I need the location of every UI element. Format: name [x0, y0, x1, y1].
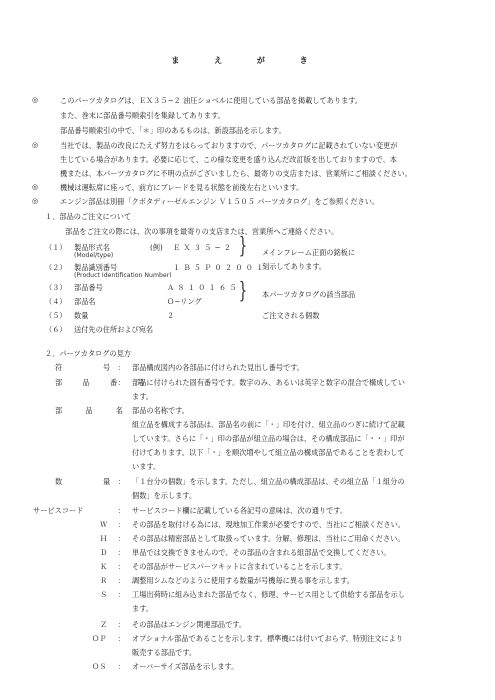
double-circle-bullet-icon: ◎: [32, 142, 38, 149]
colon: ：: [118, 591, 125, 598]
section-intro: 部品をご注文の際には、次の事項を最寄りの支店または、営業所へご連絡ください。: [65, 228, 338, 235]
service-code: Ｄ: [100, 549, 107, 556]
service-code: ＯＰ: [92, 635, 106, 642]
colon: ：: [118, 635, 125, 642]
colon: ：: [118, 407, 125, 414]
example-label: (例): [150, 244, 163, 251]
item-sublabel: (Model/type): [74, 253, 113, 259]
item-label: 製品形式名: [74, 244, 110, 251]
intro-line: 部品番号順索引の中で、「＊」印のあるものは、新設部品を示します。: [60, 127, 286, 134]
note-line: 刻示してあります。: [262, 263, 326, 270]
item-label: 送付先の住所および宛名: [74, 326, 153, 333]
item-number: （５）: [45, 312, 67, 319]
colon: ：: [118, 507, 125, 514]
item-value: １Ｂ５Ｐ０２００１: [173, 264, 267, 271]
service-code: ＯＳ: [92, 663, 106, 670]
intro-line: 機械は運転席に座って、前方にブレードを見る状態を前後左右といいます。: [60, 184, 303, 191]
entry-text: 部品に付けられた固有番号です。数字のみ、あるいは英字と数字の混合で構成してい: [132, 379, 405, 386]
item-number: （２）: [45, 264, 67, 271]
colon: ：: [118, 563, 125, 570]
service-code-text: 単品では交換できませんので、その部品の含まれる組部品で交換してください。: [132, 549, 391, 556]
item-label: 製品識別番号: [74, 264, 117, 271]
colon: ：: [118, 478, 125, 485]
entry-text: ます。: [132, 393, 153, 400]
service-code: Ｒ: [100, 577, 107, 584]
item-value: ２: [167, 312, 174, 319]
intro-line: また、巻末に部品番号順索引を集録してあります。: [60, 112, 225, 119]
item-number: （６）: [45, 326, 67, 333]
entry-text: しています。さらに「・」印の部品が組立品の場合は、その構成部品に「・・」印が: [132, 435, 405, 442]
service-code-text: ます。: [132, 605, 153, 612]
section-heading: １．部品のご注文について: [45, 213, 131, 220]
service-code-text: 調整用シムなどのように使用する数量が号機毎に異る事を示します。: [132, 577, 354, 584]
item-label: 数量: [74, 312, 88, 319]
item-value: Ｏ−リング: [167, 298, 202, 305]
double-circle-bullet-icon: ◎: [32, 97, 38, 104]
entry-text: 付けてあります。以下「・」を順次増やして組立品の構成部品であることを表わして: [132, 449, 405, 456]
entry-text: 「１台分の個数」を示します。ただし、組立品の構成部品は、その組立品「１組分の: [132, 478, 405, 485]
entry-text: 部品の名称です。: [132, 407, 189, 414]
item-value: Ａ８１０１６５: [167, 284, 240, 291]
service-code-text: 販売する部品です。: [132, 649, 196, 656]
service-code-text: その部品を取付ける為には、現地加工作業が必要ですので、当社にご相談ください。: [132, 521, 405, 528]
item-sublabel: (Product Identification Number): [74, 273, 172, 279]
item-label: 部品番号: [74, 284, 103, 291]
service-code: Ｚ: [100, 621, 107, 628]
intro-line: 当社では、製品の改良にたえず努力をはらっておりますので、パーツカタログに記載され…: [60, 142, 397, 149]
brace-icon: }: [239, 281, 247, 303]
service-code-text: その部品がサービスパーツキットに含まれていることを示します。: [132, 563, 347, 570]
entry-text: 部品構成図内の各部品に付けられた見出し番号です。: [132, 364, 304, 371]
colon: ：: [118, 521, 125, 528]
item-label: 部品名: [74, 298, 96, 305]
item-value: ＥＸ３５−２: [173, 244, 234, 251]
service-code-text: 工場出荷時に組み込まれた部品でなく、修理、サービス用として供給する部品を示し: [132, 591, 405, 598]
colon: ：: [118, 663, 125, 670]
entry-label: サービスコード: [33, 507, 83, 514]
entry-label: 量: [103, 478, 110, 485]
service-code-text: オプショナル部品であることを示します。標準機には付いておらず、特別注文により: [132, 635, 403, 642]
double-circle-bullet-icon: ◎: [32, 184, 38, 191]
service-code: Ｓ: [100, 591, 107, 598]
service-code-text: その部品はエンジン関連部品です。: [132, 621, 246, 628]
double-circle-bullet-icon: ◎: [32, 198, 38, 205]
intro-line: このパーツカタログは、ＥＸ３５−２ 油圧ショベルに使用している部品を掲載してあり…: [60, 97, 362, 104]
entry-text: います。: [132, 463, 160, 470]
brace-icon: }: [239, 236, 247, 258]
intro-line: 機または、本パーツカタログに不明の点がございましたら、最寄りの支店または、営業所…: [60, 170, 412, 177]
item-number: （３）: [45, 284, 67, 291]
item-number: （１）: [45, 244, 67, 251]
colon: ：: [118, 577, 125, 584]
page-title: ま え が き: [0, 57, 495, 65]
entry-label: 符: [55, 364, 62, 371]
section-heading: ２．パーツカタログの見方: [45, 350, 131, 357]
colon: ：: [118, 549, 125, 556]
entry-label: 数: [55, 478, 62, 485]
note-line: メインフレーム正面の銘板に: [262, 249, 355, 256]
colon: ：: [118, 379, 125, 386]
note-line: ご注文される個数: [262, 312, 320, 319]
service-code: Ｋ: [100, 563, 107, 570]
colon: ：: [118, 621, 125, 628]
service-code-text: その部品は精密部品として取扱っています。分解、修理は、当社にご用命ください。: [132, 535, 405, 542]
colon: ：: [118, 535, 125, 542]
colon: ：: [118, 364, 125, 371]
intro-line: 生じている場合があります。必要に応じて、この様な変更を盛り込んだ改訂版を出してお…: [60, 156, 397, 163]
entry-text: 組立品を構成する部品は、部品名の前に「・」印を付け、組立品のつぎに続けて記載: [132, 421, 405, 428]
item-number: （４）: [45, 298, 67, 305]
entry-text: サービスコード欄に記載している各記号の意味は、次の通りです。: [132, 507, 347, 514]
entry-text: 個数」を示します。: [132, 492, 196, 499]
intro-line: エンジン部品は別冊「クボタディーゼルエンジン Ｖ１５０５ パーツカタログ」をご参…: [60, 198, 379, 205]
service-code: Ｗ: [100, 521, 107, 528]
service-code: Ｈ: [100, 535, 107, 542]
service-code-text: オーバーサイズ部品を示します。: [132, 663, 238, 670]
entry-label: 号: [103, 364, 110, 371]
note-line: 本パーツカタログの該当部品: [262, 291, 355, 298]
